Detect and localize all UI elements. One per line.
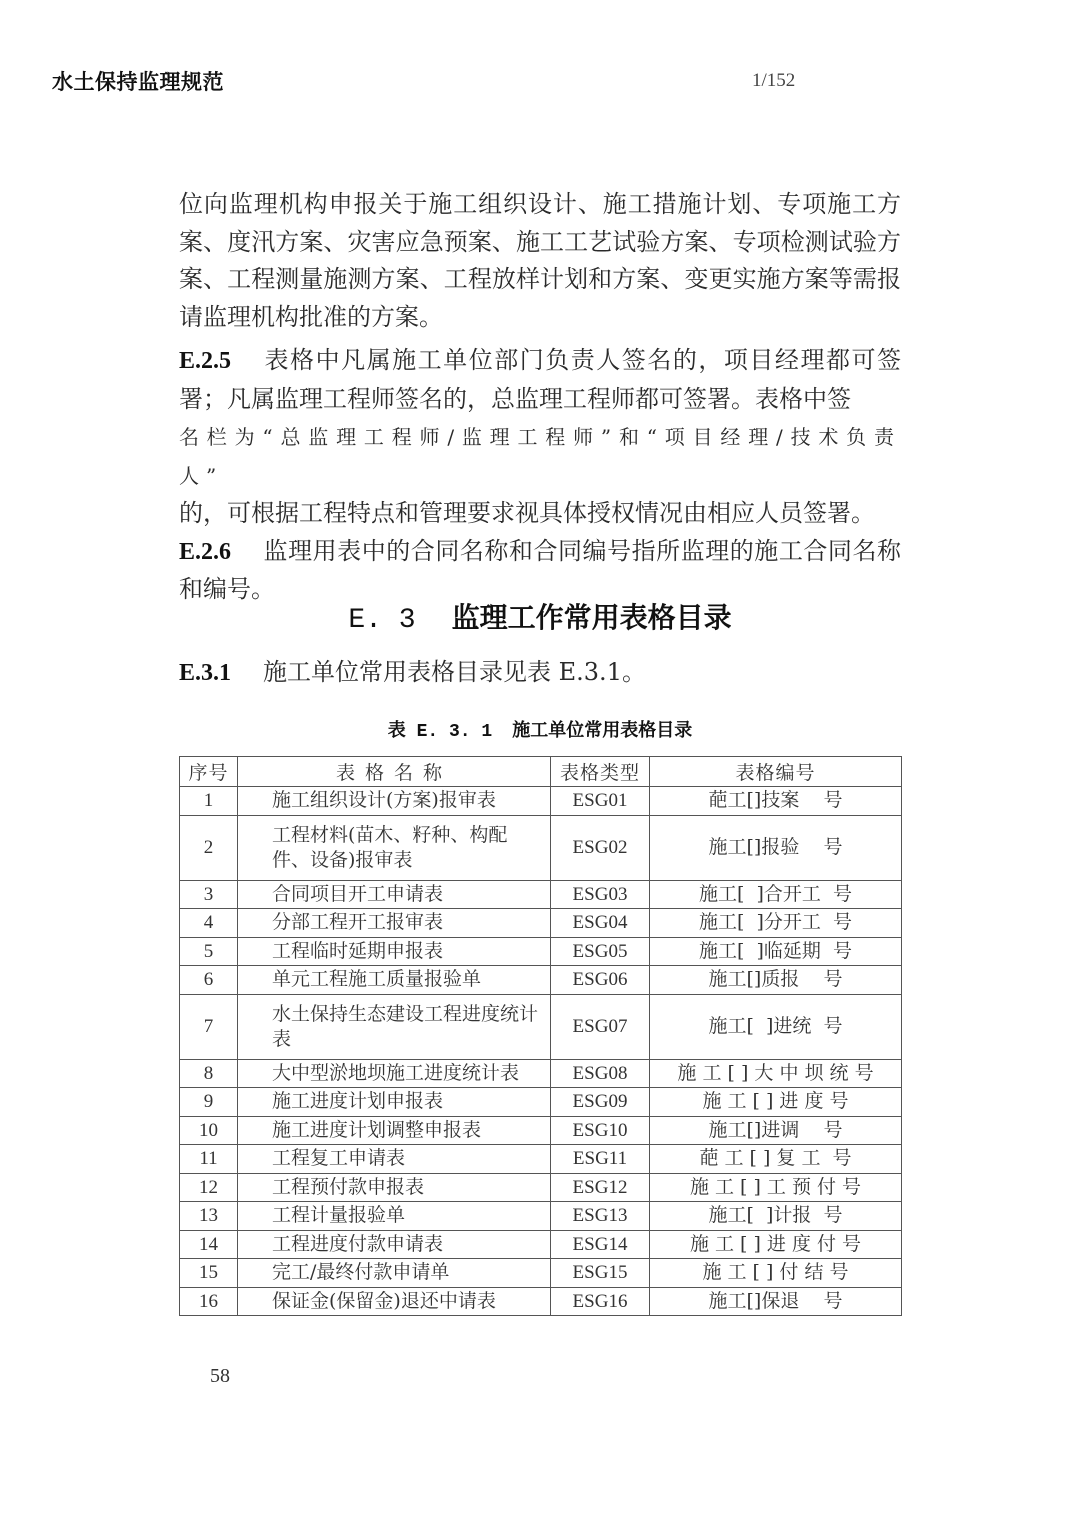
cell-number: 10	[180, 1116, 238, 1145]
cell-type: ESG08	[551, 1059, 650, 1088]
table-row: 1施工组织设计(方案)报审表ESG01葩工[]技案 号	[180, 787, 902, 816]
cell-name: 保证金(保留金)退还中请表	[238, 1287, 551, 1316]
table-row: 13工程计量报验单ESG13施工[ ]计报 号	[180, 1202, 902, 1231]
cell-number: 5	[180, 937, 238, 966]
cell-number: 9	[180, 1088, 238, 1117]
cell-type: ESG05	[551, 937, 650, 966]
cell-code: 施工[ ]计报 号	[650, 1202, 902, 1231]
cell-code: 施 工 [ ] 进 度 付 号	[650, 1230, 902, 1259]
cell-name: 水土保持生态建设工程进度统计表	[238, 994, 551, 1059]
cell-name: 工程计量报验单	[238, 1202, 551, 1231]
column-header-type: 表格类型	[551, 757, 650, 787]
table-row: 9施工进度计划申报表ESG09施 工 [ ] 进 度 号	[180, 1088, 902, 1117]
section-heading: E. 3监理工作常用表格目录	[0, 596, 1080, 636]
clause-e25: E.2.5表格中凡属施工单位部门负责人签名的，项目经理都可签署；凡属监理工程师签…	[179, 342, 901, 533]
cell-number: 12	[180, 1173, 238, 1202]
table-row: 7水土保持生态建设工程进度统计表ESG07施工[ ]进统 号	[180, 994, 902, 1059]
clause-number: E.2.6	[179, 539, 231, 565]
cell-name: 工程复工申请表	[238, 1145, 551, 1174]
table-row: 2工程材料(苗木、籽种、构配件、设备)报审表ESG02施工[]报验 号	[180, 815, 902, 880]
cell-type: ESG12	[551, 1173, 650, 1202]
cell-type: ESG02	[551, 815, 650, 880]
page-number: 58	[210, 1365, 230, 1388]
table-row: 10施工进度计划调整申报表ESG10施工[]进调 号	[180, 1116, 902, 1145]
cell-number: 1	[180, 787, 238, 816]
cell-number: 16	[180, 1287, 238, 1316]
clause-number: E.3.1	[179, 660, 231, 686]
page-indicator: 1/152	[752, 70, 795, 92]
table-row: 5工程临时延期申报表ESG05施工[ ]临延期 号	[180, 937, 902, 966]
cell-code: 施工[ ]进统 号	[650, 994, 902, 1059]
table-row: 15完工/最终付款申请单ESG15施 工 [ ] 付 结 号	[180, 1259, 902, 1288]
cell-number: 2	[180, 815, 238, 880]
body-text-block: 位向监理机构申报关于施工组织设计、施工措施计划、专项施工方案、度汛方案、灾害应急…	[179, 186, 901, 609]
cell-type: ESG10	[551, 1116, 650, 1145]
table-row: 12工程预付款申报表ESG12施 工 [ ] 工 预 付 号	[180, 1173, 902, 1202]
table-number: 表 E. 3. 1	[388, 722, 492, 742]
paragraph-continuation: 位向监理机构申报关于施工组织设计、施工措施计划、专项施工方案、度汛方案、灾害应急…	[179, 186, 901, 336]
cell-type: ESG11	[551, 1145, 650, 1174]
clause-text: 监理用表中的合同名称和合同编号指所监理的施工合同名称和编号。	[179, 537, 901, 604]
cell-code: 施工[]报验 号	[650, 815, 902, 880]
cell-number: 15	[180, 1259, 238, 1288]
cell-number: 8	[180, 1059, 238, 1088]
cell-type: ESG09	[551, 1088, 650, 1117]
cell-code: 施工[]质报 号	[650, 966, 902, 995]
cell-code: 施工[ ]分开工 号	[650, 909, 902, 938]
clause-text-spaced: 名栏为“总监理工程师/监理工程师”和“项目经理/技术负责人”	[179, 425, 901, 488]
cell-name: 工程进度付款申请表	[238, 1230, 551, 1259]
cell-number: 7	[180, 994, 238, 1059]
cell-number: 6	[180, 966, 238, 995]
cell-code: 施 工 [ ] 付 结 号	[650, 1259, 902, 1288]
cell-name: 单元工程施工质量报验单	[238, 966, 551, 995]
cell-type: ESG13	[551, 1202, 650, 1231]
table-row: 4分部工程开工报审表ESG04施工[ ]分开工 号	[180, 909, 902, 938]
cell-name: 施工组织设计(方案)报审表	[238, 787, 551, 816]
running-header-title: 水土保持监理规范	[52, 66, 224, 96]
cell-number: 14	[180, 1230, 238, 1259]
column-header-number: 序号	[180, 757, 238, 787]
cell-name: 施工进度计划申报表	[238, 1088, 551, 1117]
cell-name: 工程材料(苗木、籽种、构配件、设备)报审表	[238, 815, 551, 880]
cell-type: ESG04	[551, 909, 650, 938]
section-title: 监理工作常用表格目录	[452, 601, 732, 634]
clause-text: 施工单位常用表格目录见表 E.3.1。	[263, 658, 646, 686]
cell-number: 3	[180, 880, 238, 909]
cell-type: ESG07	[551, 994, 650, 1059]
cell-number: 11	[180, 1145, 238, 1174]
cell-number: 13	[180, 1202, 238, 1231]
clause-e31: E.3.1施工单位常用表格目录见表 E.3.1。	[179, 652, 646, 687]
cell-type: ESG15	[551, 1259, 650, 1288]
column-header-name: 表格名称	[238, 757, 551, 787]
cell-name: 大中型淤地坝施工进度统计表	[238, 1059, 551, 1088]
table-row: 16保证金(保留金)退还中请表ESG16施工[]保退 号	[180, 1287, 902, 1316]
table-header-row: 序号 表格名称 表格类型 表格编号	[180, 757, 902, 787]
cell-code: 葩 工 [ ] 复 工 号	[650, 1145, 902, 1174]
cell-code: 施 工 [ ] 进 度 号	[650, 1088, 902, 1117]
cell-code: 施工[]保退 号	[650, 1287, 902, 1316]
cell-code: 施工[ ]合开工 号	[650, 880, 902, 909]
cell-name: 工程临时延期申报表	[238, 937, 551, 966]
cell-name: 施工进度计划调整申报表	[238, 1116, 551, 1145]
table-row: 14工程进度付款申请表ESG14施 工 [ ] 进 度 付 号	[180, 1230, 902, 1259]
clause-number: E.2.5	[179, 348, 231, 374]
table-caption: 表 E. 3. 1施工单位常用表格目录	[0, 716, 1080, 742]
form-catalog-table: 序号 表格名称 表格类型 表格编号 1施工组织设计(方案)报审表ESG01葩工[…	[179, 756, 902, 1316]
cell-type: ESG03	[551, 880, 650, 909]
cell-name: 合同项目开工申请表	[238, 880, 551, 909]
cell-name: 分部工程开工报审表	[238, 909, 551, 938]
table-row: 8大中型淤地坝施工进度统计表ESG08施 工 [ ] 大 中 坝 统 号	[180, 1059, 902, 1088]
column-header-code: 表格编号	[650, 757, 902, 787]
cell-type: ESG01	[551, 787, 650, 816]
cell-type: ESG06	[551, 966, 650, 995]
cell-type: ESG14	[551, 1230, 650, 1259]
cell-name: 完工/最终付款申请单	[238, 1259, 551, 1288]
table-row: 6单元工程施工质量报验单ESG06施工[]质报 号	[180, 966, 902, 995]
table-row: 3合同项目开工申请表ESG03施工[ ]合开工 号	[180, 880, 902, 909]
cell-number: 4	[180, 909, 238, 938]
cell-code: 施工[]进调 号	[650, 1116, 902, 1145]
cell-code: 施 工 [ ] 工 预 付 号	[650, 1173, 902, 1202]
table-row: 11工程复工申请表ESG11葩 工 [ ] 复 工 号	[180, 1145, 902, 1174]
cell-code: 葩工[]技案 号	[650, 787, 902, 816]
cell-code: 施 工 [ ] 大 中 坝 统 号	[650, 1059, 902, 1088]
table-title: 施工单位常用表格目录	[512, 720, 692, 741]
cell-type: ESG16	[551, 1287, 650, 1316]
section-number: E. 3	[348, 605, 415, 636]
clause-text: 表格中凡属施工单位部门负责人签名的，项目经理都可签署；凡属监理工程师签名的，总监…	[179, 346, 901, 413]
clause-text: 的，可根据工程特点和管理要求视具体授权情况由相应人员签署。	[179, 499, 875, 527]
cell-name: 工程预付款申报表	[238, 1173, 551, 1202]
cell-code: 施工[ ]临延期 号	[650, 937, 902, 966]
